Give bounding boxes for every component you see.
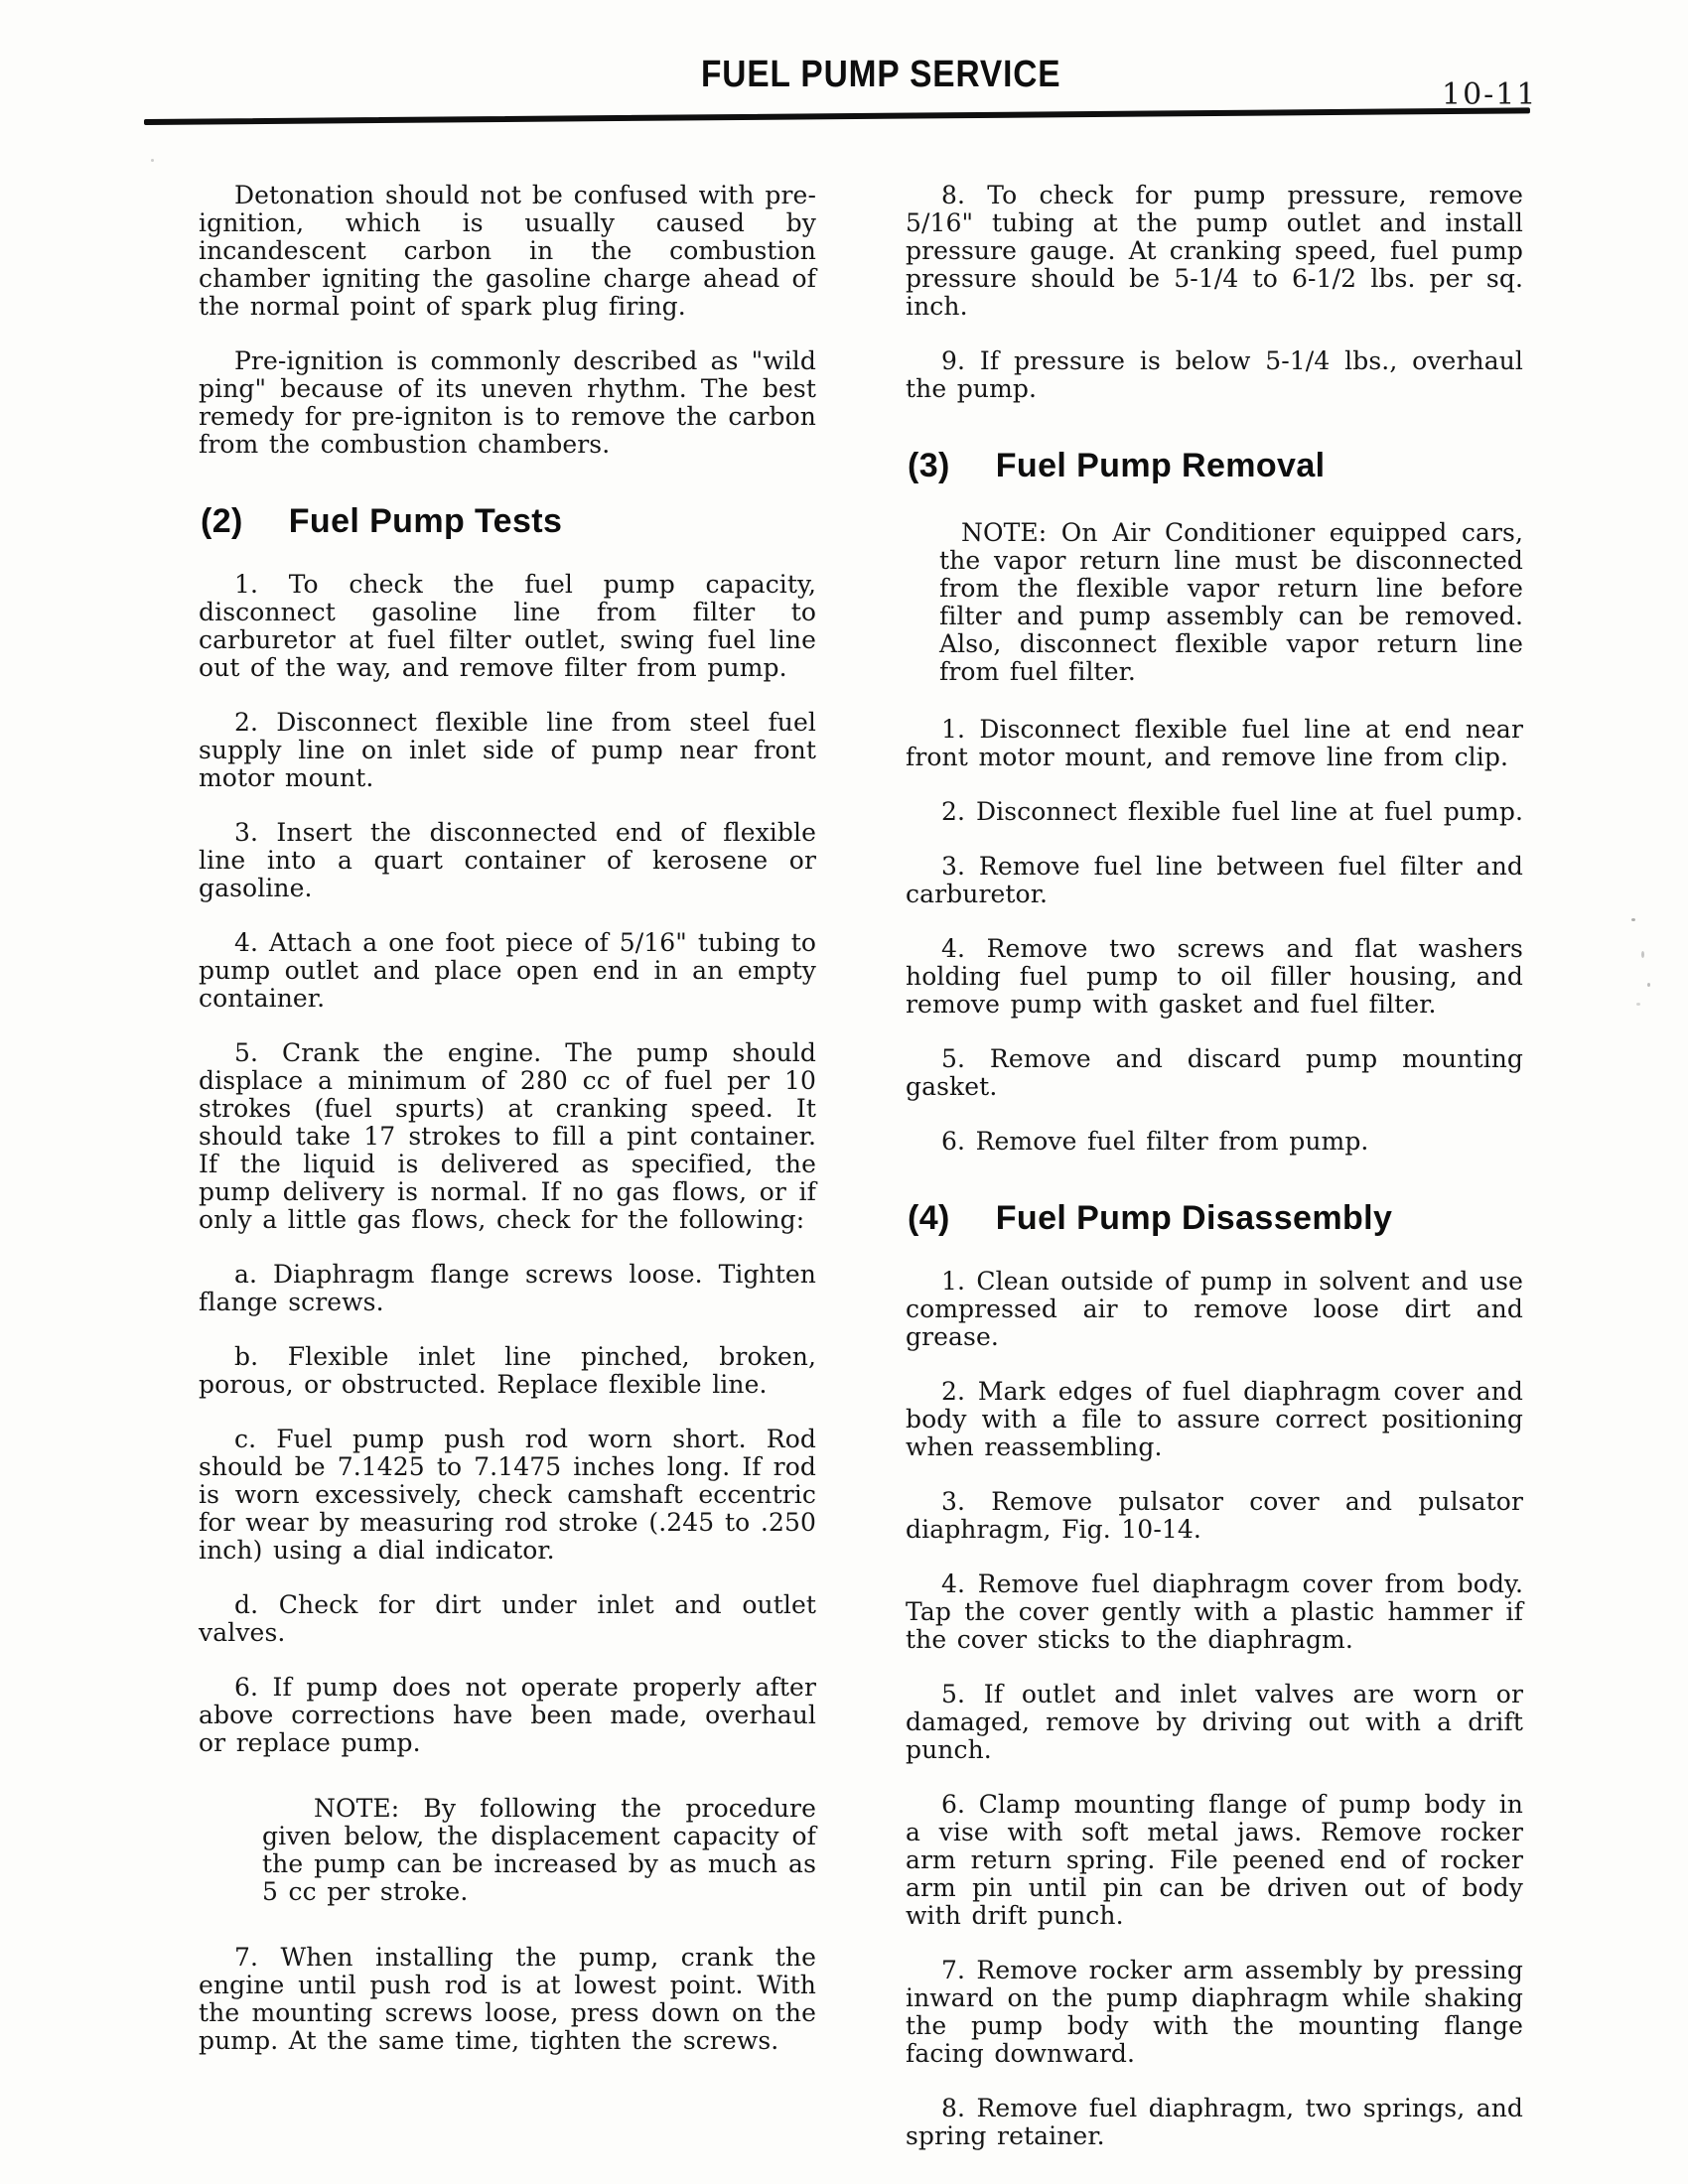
step-1: 1. To check the fuel pump capacity, disc… xyxy=(199,571,816,682)
section-heading-fuel-pump-removal: (3) Fuel Pump Removal xyxy=(908,447,1523,485)
removal-step-5: 5. Remove and discard pump mounting gask… xyxy=(906,1045,1523,1101)
substep-d: d. Check for dirt under inlet and outlet… xyxy=(199,1591,816,1647)
page-title: FUEL PUMP SERVICE xyxy=(701,54,1060,96)
note-air-conditioner: NOTE: On Air Conditioner equipped cars, … xyxy=(939,519,1523,686)
removal-step-6: 6. Remove fuel filter from pump. xyxy=(906,1128,1523,1156)
section-heading-fuel-pump-disassembly: (4) Fuel Pump Disassembly xyxy=(908,1199,1523,1238)
scan-speck xyxy=(1641,951,1644,958)
section-number: (2) xyxy=(201,502,243,541)
removal-step-2: 2. Disconnect flexible fuel line at fuel… xyxy=(906,798,1523,826)
removal-step-3: 3. Remove fuel line between fuel filter … xyxy=(906,853,1523,908)
paragraph-detonation: Detonation should not be confused with p… xyxy=(199,182,816,321)
disassembly-step-6: 6. Clamp mounting flange of pump body in… xyxy=(906,1791,1523,1930)
manual-page: FUEL PUMP SERVICE 10-11 Detonation shoul… xyxy=(0,0,1688,2184)
note-displacement: NOTE: By following the procedure given b… xyxy=(262,1795,816,1906)
step-7: 7. When installing the pump, crank the e… xyxy=(199,1944,816,2055)
disassembly-step-7: 7. Remove rocker arm assembly by pressin… xyxy=(906,1957,1523,2068)
substep-a: a. Diaphragm flange screws loose. Tighte… xyxy=(199,1261,816,1316)
substep-b: b. Flexible inlet line pinched, broken, … xyxy=(199,1343,816,1399)
section-title: Fuel Pump Removal xyxy=(996,447,1326,485)
disassembly-step-8: 8. Remove fuel diaphragm, two springs, a… xyxy=(906,2095,1523,2150)
paragraph-preignition: Pre-ignition is commonly described as "w… xyxy=(199,347,816,459)
section-title: Fuel Pump Tests xyxy=(289,502,563,541)
section-number: (3) xyxy=(908,447,950,485)
step-3: 3. Insert the disconnected end of flexib… xyxy=(199,819,816,902)
step-8: 8. To check for pump pressure, remove 5/… xyxy=(906,182,1523,321)
scan-speck xyxy=(1631,918,1635,921)
step-9: 9. If pressure is below 5-1/4 lbs., over… xyxy=(906,347,1523,403)
right-column: 8. To check for pump pressure, remove 5/… xyxy=(906,182,1523,2177)
substep-c: c. Fuel pump push rod worn short. Rod sh… xyxy=(199,1426,816,1565)
disassembly-step-5: 5. If outlet and inlet valves are worn o… xyxy=(906,1681,1523,1764)
disassembly-step-1: 1. Clean outside of pump in solvent and … xyxy=(906,1268,1523,1351)
scan-speck xyxy=(1636,1003,1640,1006)
step-4: 4. Attach a one foot piece of 5/16" tubi… xyxy=(199,929,816,1013)
two-column-body: Detonation should not be confused with p… xyxy=(199,182,1523,2177)
left-column: Detonation should not be confused with p… xyxy=(199,182,816,2177)
section-heading-fuel-pump-tests: (2) Fuel Pump Tests xyxy=(201,502,816,541)
step-5: 5. Crank the engine. The pump should dis… xyxy=(199,1039,816,1234)
header-rule xyxy=(144,107,1530,125)
section-title: Fuel Pump Disassembly xyxy=(996,1199,1393,1238)
section-number: (4) xyxy=(908,1199,950,1238)
step-6: 6. If pump does not operate properly aft… xyxy=(199,1674,816,1757)
disassembly-step-3: 3. Remove pulsator cover and pulsator di… xyxy=(906,1488,1523,1544)
disassembly-step-2: 2. Mark edges of fuel diaphragm cover an… xyxy=(906,1378,1523,1461)
step-2: 2. Disconnect flexible line from steel f… xyxy=(199,709,816,792)
removal-step-4: 4. Remove two screws and flat washers ho… xyxy=(906,935,1523,1019)
scan-speck xyxy=(1647,983,1650,987)
disassembly-step-4: 4. Remove fuel diaphragm cover from body… xyxy=(906,1570,1523,1654)
removal-step-1: 1. Disconnect flexible fuel line at end … xyxy=(906,716,1523,771)
scan-speck xyxy=(151,159,154,162)
